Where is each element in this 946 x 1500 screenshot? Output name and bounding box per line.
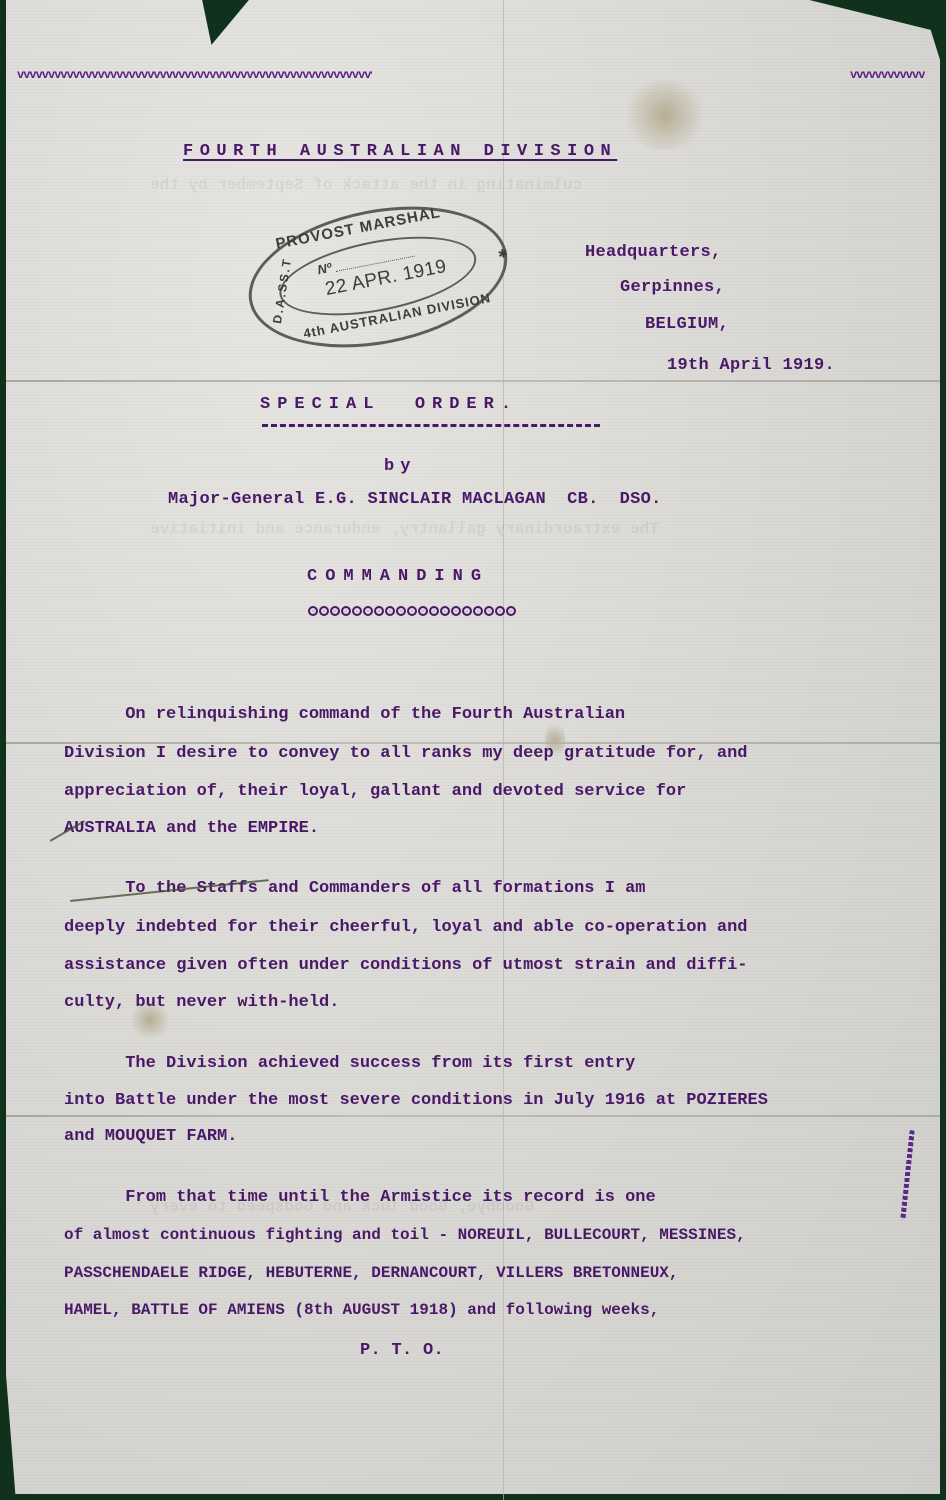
paragraph-1-line-4: AUSTRALIA and the EMPIRE. <box>64 820 319 837</box>
stain <box>620 80 710 150</box>
by-label: by <box>384 458 416 475</box>
order-title: SPECIAL ORDER. <box>260 396 518 413</box>
unit-heading: FOURTH AUSTRALIAN DIVISION <box>183 143 617 160</box>
address-line-2: Gerpinnes, <box>620 279 725 296</box>
fold-line <box>6 1115 940 1117</box>
paragraph-3-line-1: The Division achieved success from its f… <box>64 1055 635 1072</box>
paragraph-4-line-4: HAMEL, BATTLE OF AMIENS (8th AUGUST 1918… <box>64 1302 659 1318</box>
typed-mark-strip: vvvvvvvvvvvvv <box>850 70 925 80</box>
fold-line <box>6 380 940 382</box>
title-underline <box>262 424 600 427</box>
typed-mark-strip: vvvvvvvvvvvvvvvvvvvvvvvvvvvvvvvvvvvvvvvv… <box>17 70 372 80</box>
paragraph-4-line-2: of almost continuous fighting and toil -… <box>64 1227 746 1243</box>
stamp-number-label: Nº <box>316 260 333 277</box>
author-name: Major-General E.G. SINCLAIR MACLAGAN CB.… <box>168 491 662 508</box>
author-role: COMMANDING <box>307 568 489 585</box>
address-line-3: BELGIUM, <box>645 316 729 333</box>
paragraph-1-line-2: Division I desire to convey to all ranks… <box>64 745 748 762</box>
paragraph-2-line-1: To the Staffs and Commanders of all form… <box>64 880 646 897</box>
paragraph-3-line-2: into Battle under the most severe condit… <box>64 1092 768 1109</box>
paragraph-2-line-3: assistance given often under conditions … <box>64 957 748 974</box>
address-line-1: Headquarters, <box>585 244 722 261</box>
paragraph-2-line-2: deeply indebted for their cheerful, loya… <box>64 919 748 936</box>
paragraph-4-line-3: PASSCHENDAELE RIDGE, HEBUTERNE, DERNANCO… <box>64 1265 679 1281</box>
paragraph-1-line-3: appreciation of, their loyal, gallant an… <box>64 783 686 800</box>
please-turn-over: P. T. O. <box>360 1342 444 1359</box>
paragraph-3-line-3: and MOUQUET FARM. <box>64 1128 237 1145</box>
paragraph-1-line-1: On relinquishing command of the Fourth A… <box>64 706 625 723</box>
paragraph-4-line-1: From that time until the Armistice its r… <box>64 1189 656 1206</box>
order-date: 19th April 1919. <box>667 357 835 374</box>
paragraph-2-line-4: culty, but never with-held. <box>64 994 339 1011</box>
decorative-circle-rule <box>308 606 516 616</box>
